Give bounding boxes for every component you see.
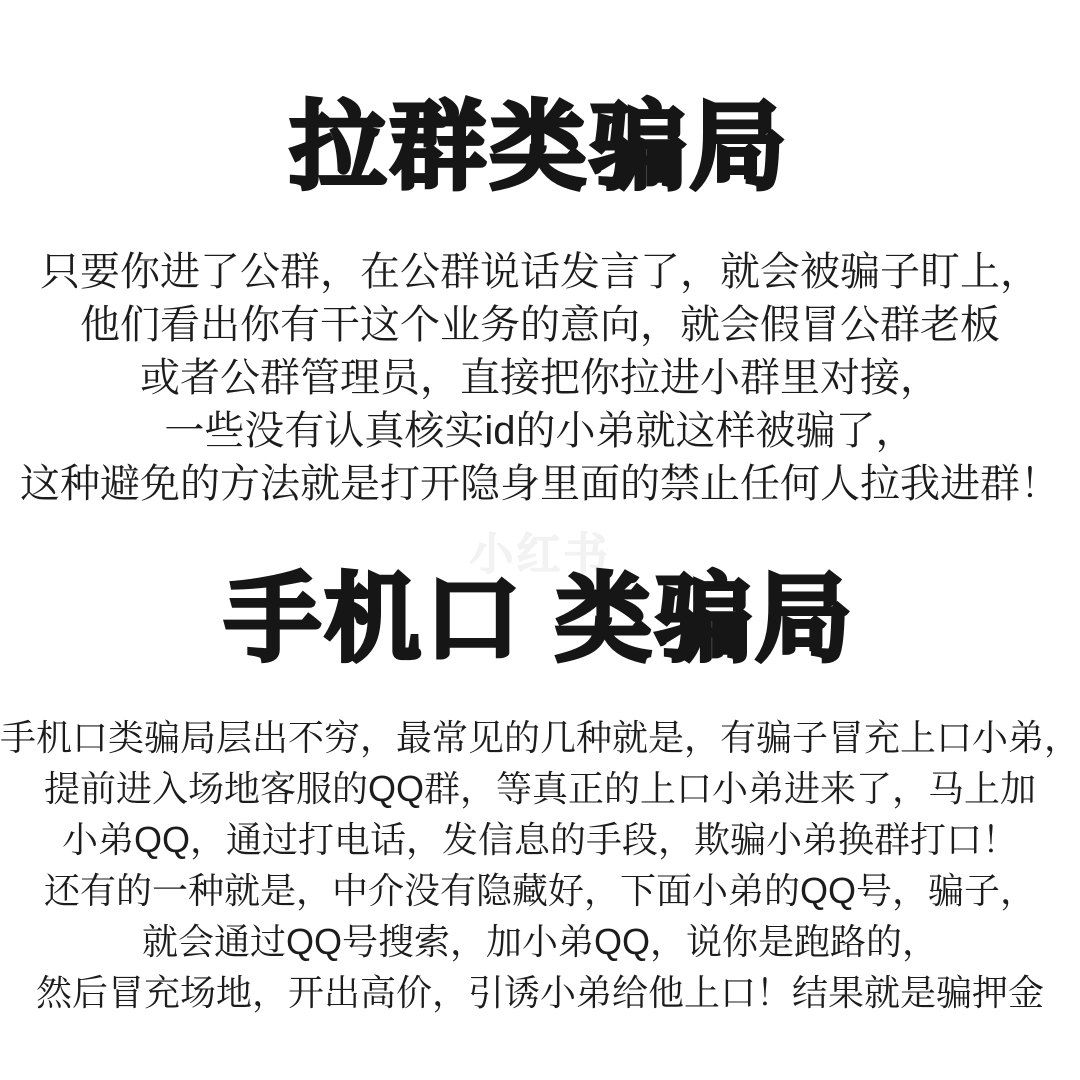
paragraph-line: 这种避免的方法就是打开隐身里面的禁止任何人拉我进群！ [0,458,1080,511]
paragraph-line: 还有的一种就是，中介没有隐藏好，下面小弟的QQ号，骗子， [0,865,1080,916]
paragraph-line: 一些没有认真核实id的小弟就这样被骗了， [0,405,1080,458]
section2-paragraph: 手机口类骗局层出不穷，最常见的几种就是，有骗子冒充上口小弟， 提前进入场地客服的… [0,712,1080,1018]
paragraph-line: 只要你进了公群，在公群说话发言了，就会被骗子盯上， [0,246,1080,299]
paragraph-line: 提前进入场地客服的QQ群，等真正的上口小弟进来了，马上加 [0,763,1080,814]
poster-page: 拉群类骗局 只要你进了公群，在公群说话发言了，就会被骗子盯上， 他们看出你有干这… [0,0,1080,1080]
paragraph-line: 然后冒充场地，开出高价，引诱小弟给他上口！结果就是骗押金 [0,967,1080,1018]
section1-title-group-pull-scam: 拉群类骗局 [0,92,1080,204]
paragraph-line: 小弟QQ，通过打电话，发信息的手段，欺骗小弟换群打口！ [0,814,1080,865]
paragraph-line: 或者公群管理员，直接把你拉进小群里对接， [0,352,1080,405]
paragraph-line: 就会通过QQ号搜索，加小弟QQ，说你是跑路的， [0,916,1080,967]
paragraph-line: 他们看出你有干这个业务的意向，就会假冒公群老板 [0,299,1080,352]
section1-paragraph: 只要你进了公群，在公群说话发言了，就会被骗子盯上， 他们看出你有干这个业务的意向… [0,246,1080,511]
section2-title-phone-line-scam: 手机口 类骗局 [0,564,1080,676]
paragraph-line: 手机口类骗局层出不穷，最常见的几种就是，有骗子冒充上口小弟， [0,712,1080,763]
